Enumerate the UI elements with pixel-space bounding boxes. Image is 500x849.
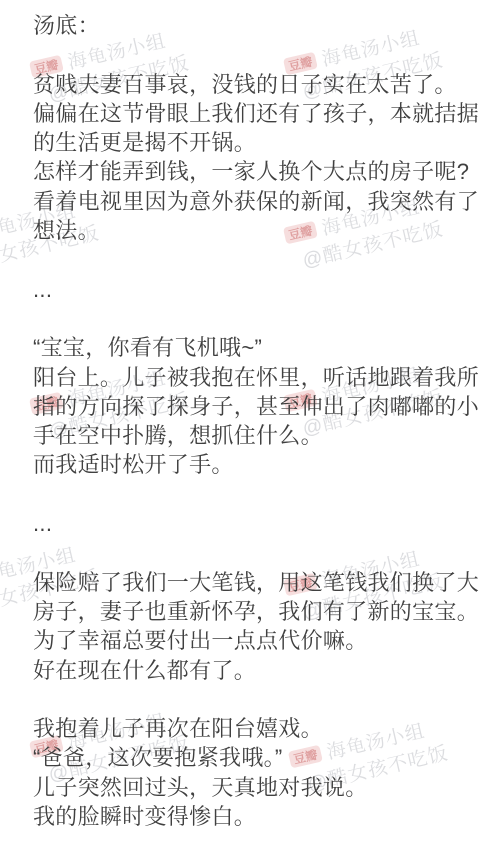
text-line: 阳台上。儿子被我抱在怀里，听话地跟着我所 — [33, 363, 485, 392]
text-line: 贫贱夫妻百事哀，没钱的日子实在太苦了。 — [33, 70, 485, 99]
text-line: 想法。 — [33, 216, 485, 245]
text-line: “宝宝，你看有飞机哦~” — [33, 333, 485, 362]
text-line: 好在现在什么都有了。 — [33, 656, 485, 685]
text-line: 我抱着儿子再次在阳台嬉戏。 — [33, 714, 485, 743]
text-line: 怎样才能弄到钱，一家人换个大点的房子呢? — [33, 157, 485, 186]
text-line: 为了幸福总要付出一点点代价嘛。 — [33, 626, 485, 655]
text-line: 手在空中扑腾，想抓住什么。 — [33, 421, 485, 450]
text-line: ... — [33, 509, 485, 538]
text-line: 偏偏在这节骨眼上我们还有了孩子，本就拮据 — [33, 99, 485, 128]
text-line: 房子，妻子也重新怀孕，我们有了新的宝宝。 — [33, 597, 485, 626]
story-text: 汤底：贫贱夫妻百事哀，没钱的日子实在太苦了。偏偏在这节骨眼上我们还有了孩子，本就… — [33, 11, 485, 831]
text-line: 汤底： — [33, 11, 485, 40]
story-page: 豆瓣 海龟汤小组 @酷女孩不吃饭 豆瓣 海龟汤小组 @酷女孩不吃饭 豆瓣 海龟汤… — [0, 0, 500, 849]
text-line: “爸爸，这次要抱紧我哦。” — [33, 743, 485, 772]
text-line: 我的脸瞬时变得惨白。 — [33, 802, 485, 831]
text-line: 指的方向探了探身子，甚至伸出了肉嘟嘟的小 — [33, 392, 485, 421]
text-line: 而我适时松开了手。 — [33, 450, 485, 479]
text-line — [33, 685, 485, 714]
text-line: 的生活更是揭不开锅。 — [33, 128, 485, 157]
text-line — [33, 40, 485, 69]
text-line — [33, 538, 485, 567]
text-line — [33, 304, 485, 333]
text-line: 儿子突然回过头，天真地对我说。 — [33, 773, 485, 802]
text-line — [33, 480, 485, 509]
text-line: 看着电视里因为意外获保的新闻，我突然有了 — [33, 187, 485, 216]
text-line — [33, 245, 485, 274]
text-line: 保险赔了我们一大笔钱，用这笔钱我们换了大 — [33, 568, 485, 597]
text-line: ... — [33, 275, 485, 304]
